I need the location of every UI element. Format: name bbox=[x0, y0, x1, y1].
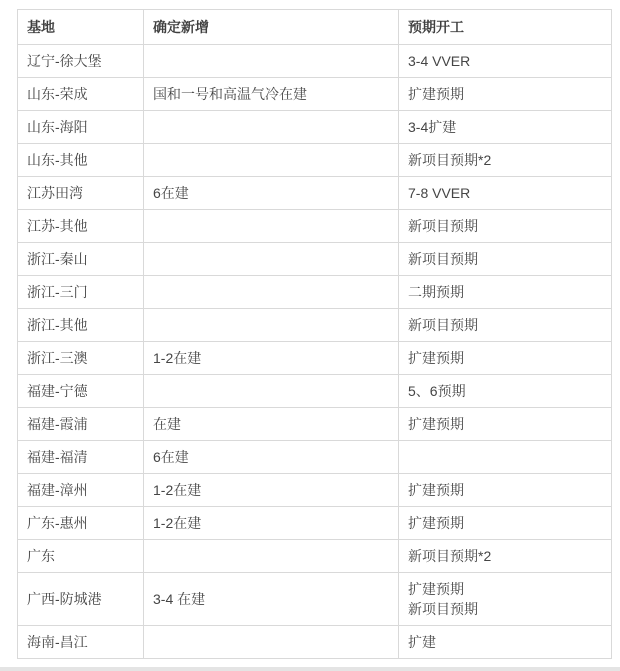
expected-start-cell: 5、6预期 bbox=[399, 375, 612, 408]
base-cell: 山东-海阳 bbox=[18, 111, 144, 144]
base-cell: 福建-霞浦 bbox=[18, 408, 144, 441]
table-row: 海南-昌江 扩建 bbox=[18, 626, 612, 659]
confirmed-new-cell bbox=[144, 210, 399, 243]
confirmed-new-cell bbox=[144, 243, 399, 276]
nuclear-base-table: 基地 确定新增 预期开工 辽宁-徐大堡 3-4 VVER 山东-荣成 国和一号和… bbox=[17, 9, 612, 659]
confirmed-new-cell bbox=[144, 45, 399, 78]
table-body: 辽宁-徐大堡 3-4 VVER 山东-荣成 国和一号和高温气冷在建 扩建预期 山… bbox=[18, 45, 612, 659]
base-cell: 广西-防城港 bbox=[18, 573, 144, 626]
confirmed-new-cell bbox=[144, 375, 399, 408]
table-row: 福建-霞浦 在建 扩建预期 bbox=[18, 408, 612, 441]
base-cell: 山东-其他 bbox=[18, 144, 144, 177]
confirmed-new-cell bbox=[144, 276, 399, 309]
table-row: 广东-惠州 1-2在建 扩建预期 bbox=[18, 507, 612, 540]
column-header-base: 基地 bbox=[18, 10, 144, 45]
expected-start-cell: 扩建预期 bbox=[399, 78, 612, 111]
base-cell: 福建-福清 bbox=[18, 441, 144, 474]
base-cell: 辽宁-徐大堡 bbox=[18, 45, 144, 78]
expected-start-cell: 扩建 bbox=[399, 626, 612, 659]
base-cell: 江苏田湾 bbox=[18, 177, 144, 210]
expected-start-cell: 新项目预期 bbox=[399, 243, 612, 276]
confirmed-new-cell: 1-2在建 bbox=[144, 474, 399, 507]
base-cell: 广东 bbox=[18, 540, 144, 573]
base-cell: 福建-宁德 bbox=[18, 375, 144, 408]
confirmed-new-cell bbox=[144, 111, 399, 144]
expected-start-cell: 扩建预期 bbox=[399, 474, 612, 507]
confirmed-new-cell: 在建 bbox=[144, 408, 399, 441]
table-row: 浙江-秦山 新项目预期 bbox=[18, 243, 612, 276]
base-cell: 浙江-三门 bbox=[18, 276, 144, 309]
expected-start-cell: 7-8 VVER bbox=[399, 177, 612, 210]
expected-start-cell: 二期预期 bbox=[399, 276, 612, 309]
table-row: 山东-海阳 3-4扩建 bbox=[18, 111, 612, 144]
base-cell: 江苏-其他 bbox=[18, 210, 144, 243]
base-cell: 福建-漳州 bbox=[18, 474, 144, 507]
table-row: 山东-其他 新项目预期*2 bbox=[18, 144, 612, 177]
expected-start-cell: 新项目预期*2 bbox=[399, 144, 612, 177]
table-row: 江苏田湾 6在建 7-8 VVER bbox=[18, 177, 612, 210]
table-row: 辽宁-徐大堡 3-4 VVER bbox=[18, 45, 612, 78]
confirmed-new-cell bbox=[144, 626, 399, 659]
table-row: 广西-防城港 3-4 在建 扩建预期 新项目预期 bbox=[18, 573, 612, 626]
expected-start-cell: 扩建预期 新项目预期 bbox=[399, 573, 612, 626]
expected-start-cell: 3-4 VVER bbox=[399, 45, 612, 78]
expected-start-cell: 扩建预期 bbox=[399, 342, 612, 375]
table-row: 浙江-三门 二期预期 bbox=[18, 276, 612, 309]
expected-start-cell: 新项目预期 bbox=[399, 309, 612, 342]
table-row: 浙江-其他 新项目预期 bbox=[18, 309, 612, 342]
base-cell: 浙江-秦山 bbox=[18, 243, 144, 276]
expected-start-cell: 新项目预期 bbox=[399, 210, 612, 243]
column-header-expected-start: 预期开工 bbox=[399, 10, 612, 45]
base-cell: 海南-昌江 bbox=[18, 626, 144, 659]
bottom-edge-divider bbox=[0, 667, 620, 671]
confirmed-new-cell: 1-2在建 bbox=[144, 507, 399, 540]
confirmed-new-cell bbox=[144, 144, 399, 177]
confirmed-new-cell: 国和一号和高温气冷在建 bbox=[144, 78, 399, 111]
confirmed-new-cell: 6在建 bbox=[144, 441, 399, 474]
table-row: 福建-漳州 1-2在建 扩建预期 bbox=[18, 474, 612, 507]
table-row: 广东 新项目预期*2 bbox=[18, 540, 612, 573]
page: 基地 确定新增 预期开工 辽宁-徐大堡 3-4 VVER 山东-荣成 国和一号和… bbox=[0, 0, 620, 671]
confirmed-new-cell: 3-4 在建 bbox=[144, 573, 399, 626]
confirmed-new-cell: 1-2在建 bbox=[144, 342, 399, 375]
confirmed-new-cell bbox=[144, 540, 399, 573]
confirmed-new-cell: 6在建 bbox=[144, 177, 399, 210]
expected-start-cell: 3-4扩建 bbox=[399, 111, 612, 144]
base-cell: 浙江-其他 bbox=[18, 309, 144, 342]
table-row: 福建-福清 6在建 bbox=[18, 441, 612, 474]
table-row: 山东-荣成 国和一号和高温气冷在建 扩建预期 bbox=[18, 78, 612, 111]
column-header-confirmed-new: 确定新增 bbox=[144, 10, 399, 45]
table-row: 江苏-其他 新项目预期 bbox=[18, 210, 612, 243]
expected-start-cell: 扩建预期 bbox=[399, 408, 612, 441]
confirmed-new-cell bbox=[144, 309, 399, 342]
base-cell: 浙江-三澳 bbox=[18, 342, 144, 375]
base-cell: 广东-惠州 bbox=[18, 507, 144, 540]
table-row: 福建-宁德 5、6预期 bbox=[18, 375, 612, 408]
table-row: 浙江-三澳 1-2在建 扩建预期 bbox=[18, 342, 612, 375]
table-header: 基地 确定新增 预期开工 bbox=[18, 10, 612, 45]
expected-start-cell: 扩建预期 bbox=[399, 507, 612, 540]
header-row: 基地 确定新增 预期开工 bbox=[18, 10, 612, 45]
base-cell: 山东-荣成 bbox=[18, 78, 144, 111]
expected-start-cell bbox=[399, 441, 612, 474]
expected-start-cell: 新项目预期*2 bbox=[399, 540, 612, 573]
